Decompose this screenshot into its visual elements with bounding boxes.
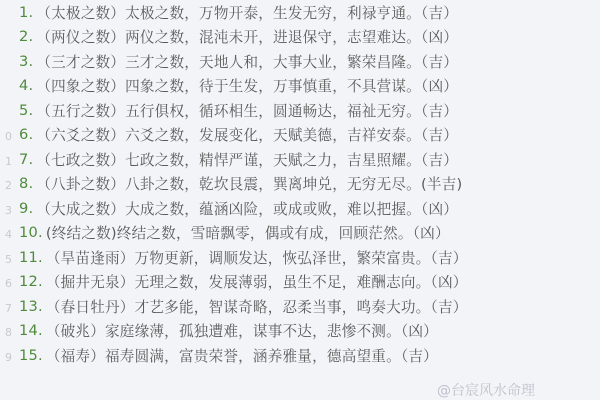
list-item: 8. （八卦之数）八卦之数，乾坎艮震，巽离坤兑，无穷无尽。(半吉) bbox=[19, 172, 462, 196]
item-text: （福寿）福寿圆满，富贵荣誉，涵养雅量，德高望重。（吉） bbox=[46, 345, 438, 366]
gutter-number: 9 bbox=[0, 351, 12, 365]
item-number: 13. bbox=[19, 298, 43, 315]
item-number: 1. bbox=[19, 4, 33, 21]
list-item: 4. （四象之数）四象之数，待于生发，万事慎重，不具营谋。（凶） bbox=[19, 74, 458, 98]
list-item: 15. （福寿）福寿圆满，富贵荣誉，涵养雅量，德高望重。（吉） bbox=[19, 343, 438, 367]
item-number: 5. bbox=[19, 102, 33, 119]
item-number: 12. bbox=[19, 273, 43, 290]
item-number: 7. bbox=[19, 151, 33, 168]
item-number: 8. bbox=[19, 175, 33, 192]
item-number: 4. bbox=[19, 77, 33, 94]
item-number: 15. bbox=[19, 347, 43, 364]
item-number: 10. bbox=[19, 224, 43, 241]
item-number: 6. bbox=[19, 126, 33, 143]
item-text: （七政之数）七政之数，精悍严谨，天赋之力，吉星照耀。（吉） bbox=[36, 149, 458, 170]
gutter-number: 7 bbox=[0, 302, 12, 316]
item-number: 3. bbox=[19, 53, 33, 70]
item-text: （破兆）家庭缘薄，孤独遭难，谋事不达，悲惨不测。（凶） bbox=[46, 320, 438, 341]
gutter-number: 6 bbox=[0, 277, 12, 291]
item-text: （四象之数）四象之数，待于生发，万事慎重，不具营谋。（凶） bbox=[36, 75, 458, 96]
item-number: 14. bbox=[19, 322, 43, 339]
list-item: 3. （三才之数）三才之数，天地人和，大事大业，繁荣昌隆。（吉） bbox=[19, 49, 458, 73]
item-text: （两仪之数）两仪之数，混沌未开，进退保守，志望难达。（凶） bbox=[36, 26, 458, 47]
item-text: （旱苗逢雨）万物更新，调顺发达，恢弘泽世，繁荣富贵。（吉） bbox=[46, 247, 468, 268]
list-item: 10. (终结之数)终结之数，雪暗飘零，偶或有成，回顾茫然。（凶） bbox=[19, 221, 450, 245]
list-item: 11. （旱苗逢雨）万物更新，调顺发达，恢弘泽世，繁荣富贵。（吉） bbox=[19, 245, 468, 269]
list-item: 2. （两仪之数）两仪之数，混沌未开，进退保守，志望难达。（凶） bbox=[19, 25, 458, 49]
list-item: 12. （掘井无泉）无理之数，发展薄弱，虽生不足，难酬志向。（凶） bbox=[19, 270, 468, 294]
item-text: （春日牡丹）才艺多能，智谋奇略，忍柔当事，鸣奏大功。（吉） bbox=[46, 296, 468, 317]
list-item: 7. （七政之数）七政之数，精悍严谨，天赋之力，吉星照耀。（吉） bbox=[19, 147, 458, 171]
watermark: @台宸风水命理 bbox=[437, 380, 535, 400]
item-text: （八卦之数）八卦之数，乾坎艮震，巽离坤兑，无穷无尽。(半吉) bbox=[36, 173, 462, 194]
item-text: （三才之数）三才之数，天地人和，大事大业，繁荣昌隆。（吉） bbox=[36, 51, 458, 72]
gutter-number: 3 bbox=[0, 204, 12, 218]
gutter-number: 1 bbox=[0, 155, 12, 169]
list-item: 6. （六爻之数）六爻之数，发展变化，天赋美德，吉祥安泰。（吉） bbox=[19, 123, 458, 147]
list-item: 14. （破兆）家庭缘薄，孤独遭难，谋事不达，悲惨不测。（凶） bbox=[19, 319, 438, 343]
gutter-number: 8 bbox=[0, 326, 12, 340]
list-item: 9. （大成之数）大成之数，蕴涵凶险，或成或败，难以把握。（凶） bbox=[19, 196, 458, 220]
item-text: （掘井无泉）无理之数，发展薄弱，虽生不足，难酬志向。（凶） bbox=[46, 271, 468, 292]
list-item: 1. （太极之数）太极之数，万物开泰，生发无穷，利禄亨通。（吉） bbox=[19, 0, 458, 24]
item-text: (终结之数)终结之数，雪暗飘零，偶或有成，回顾茫然。（凶） bbox=[46, 222, 450, 243]
item-text: （六爻之数）六爻之数，发展变化，天赋美德，吉祥安泰。（吉） bbox=[36, 124, 458, 145]
list-item: 13. （春日牡丹）才艺多能，智谋奇略，忍柔当事，鸣奏大功。（吉） bbox=[19, 294, 468, 318]
line-gutter: 0 1 2 3 4 5 6 7 8 9 bbox=[0, 0, 14, 400]
gutter-number: 2 bbox=[0, 179, 12, 193]
gutter-number: 0 bbox=[0, 130, 12, 144]
item-text: （大成之数）大成之数，蕴涵凶险，或成或败，难以把握。（凶） bbox=[36, 198, 458, 219]
gutter-number: 5 bbox=[0, 253, 12, 267]
item-text: （五行之数）五行俱权，循环相生，圆通畅达，福祉无穷。（吉） bbox=[36, 100, 458, 121]
item-text: （太极之数）太极之数，万物开泰，生发无穷，利禄亨通。（吉） bbox=[36, 2, 458, 23]
list-item: 5. （五行之数）五行俱权，循环相生，圆通畅达，福祉无穷。（吉） bbox=[19, 98, 458, 122]
item-number: 2. bbox=[19, 28, 33, 45]
gutter-number: 4 bbox=[0, 228, 12, 242]
item-number: 11. bbox=[19, 249, 43, 266]
item-number: 9. bbox=[19, 200, 33, 217]
